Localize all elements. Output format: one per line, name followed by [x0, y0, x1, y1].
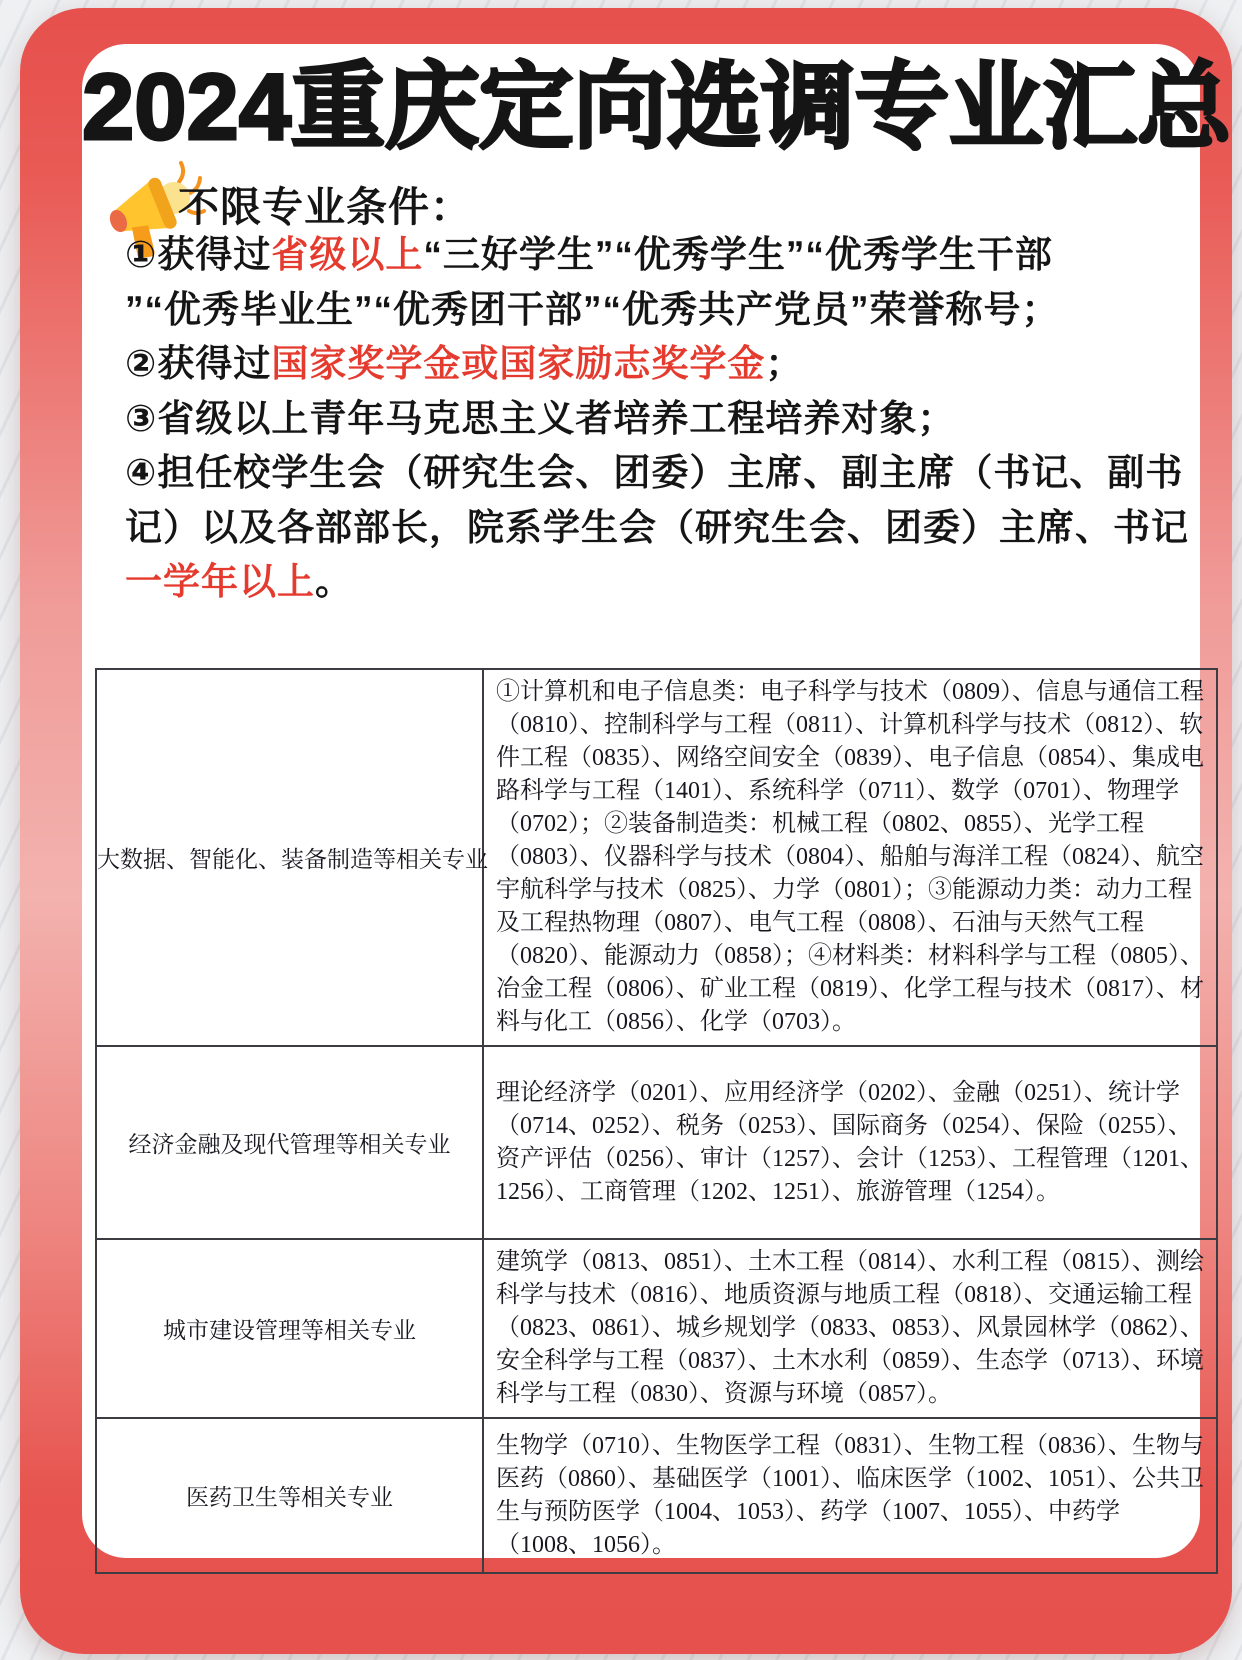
condition-highlight: 一学年以上	[125, 561, 315, 602]
condition-text: ；	[765, 343, 803, 384]
condition-line: ②获得过国家奖学金或国家励志奖学金；	[125, 339, 1165, 394]
condition-text: ③省级以上青年马克思主义者培养工程培养对象；	[125, 398, 955, 439]
content-card: 2024重庆定向选调专业汇总 不限专业条件： ①获得过省级以上“三好学生”“优秀…	[82, 44, 1200, 1558]
red-frame: 2024重庆定向选调专业汇总 不限专业条件： ①获得过省级以上“三好学生”“优秀…	[20, 8, 1232, 1654]
condition-text: ”“优秀毕业生”“优秀团干部”“优秀共产党员”荣誉称号；	[125, 289, 1060, 330]
condition-text: 。	[315, 561, 353, 602]
majors-table: 大数据、智能化、装备制造等相关专业①计算机和电子信息类：电子科学与技术（0809…	[95, 668, 1218, 1574]
category-cell: 经济金融及现代管理等相关专业	[96, 1046, 483, 1239]
majors-cell: 理论经济学（0201）、应用经济学（0202）、金融（0251）、统计学（071…	[483, 1046, 1217, 1239]
condition-line: 一学年以上。	[125, 557, 1165, 612]
category-cell: 大数据、智能化、装备制造等相关专业	[96, 669, 483, 1046]
condition-line: ④担任校学生会（研究生会、团委）主席、副主席（书记、副书	[125, 448, 1165, 503]
page-title: 2024重庆定向选调专业汇总	[82, 58, 1200, 157]
condition-text: 记）以及各部部长，院系学生会（研究生会、团委）主席、书记	[125, 507, 1189, 548]
condition-line: ”“优秀毕业生”“优秀团干部”“优秀共产党员”荣誉称号；	[125, 285, 1165, 340]
conditions-list: ①获得过省级以上“三好学生”“优秀学生”“优秀学生干部”“优秀毕业生”“优秀团干…	[125, 230, 1165, 612]
majors-cell: 生物学（0710）、生物医学工程（0831）、生物工程（0836）、生物与医药（…	[483, 1418, 1217, 1573]
condition-text: ①获得过	[125, 234, 271, 275]
conditions-heading: 不限专业条件：	[178, 174, 472, 233]
majors-cell: ①计算机和电子信息类：电子科学与技术（0809）、信息与通信工程（0810）、控…	[483, 669, 1217, 1046]
category-cell: 医药卫生等相关专业	[96, 1418, 483, 1573]
condition-text: ②获得过	[125, 343, 271, 384]
condition-highlight: 省级以上	[271, 234, 423, 275]
condition-line: ①获得过省级以上“三好学生”“优秀学生”“优秀学生干部	[125, 230, 1165, 285]
condition-text: “三好学生”“优秀学生”“优秀学生干部	[423, 234, 1053, 275]
table-row: 大数据、智能化、装备制造等相关专业①计算机和电子信息类：电子科学与技术（0809…	[96, 669, 1217, 1046]
table-row: 城市建设管理等相关专业建筑学（0813、0851）、土木工程（0814）、水利工…	[96, 1239, 1217, 1418]
table-row: 经济金融及现代管理等相关专业理论经济学（0201）、应用经济学（0202）、金融…	[96, 1046, 1217, 1239]
condition-highlight: 国家奖学金或国家励志奖学金	[271, 343, 765, 384]
condition-text: ④担任校学生会（研究生会、团委）主席、副主席（书记、副书	[125, 452, 1183, 493]
table-row: 医药卫生等相关专业生物学（0710）、生物医学工程（0831）、生物工程（083…	[96, 1418, 1217, 1573]
majors-cell: 建筑学（0813、0851）、土木工程（0814）、水利工程（0815）、测绘科…	[483, 1239, 1217, 1418]
condition-line: 记）以及各部部长，院系学生会（研究生会、团委）主席、书记	[125, 503, 1165, 558]
condition-line: ③省级以上青年马克思主义者培养工程培养对象；	[125, 394, 1165, 449]
category-cell: 城市建设管理等相关专业	[96, 1239, 483, 1418]
